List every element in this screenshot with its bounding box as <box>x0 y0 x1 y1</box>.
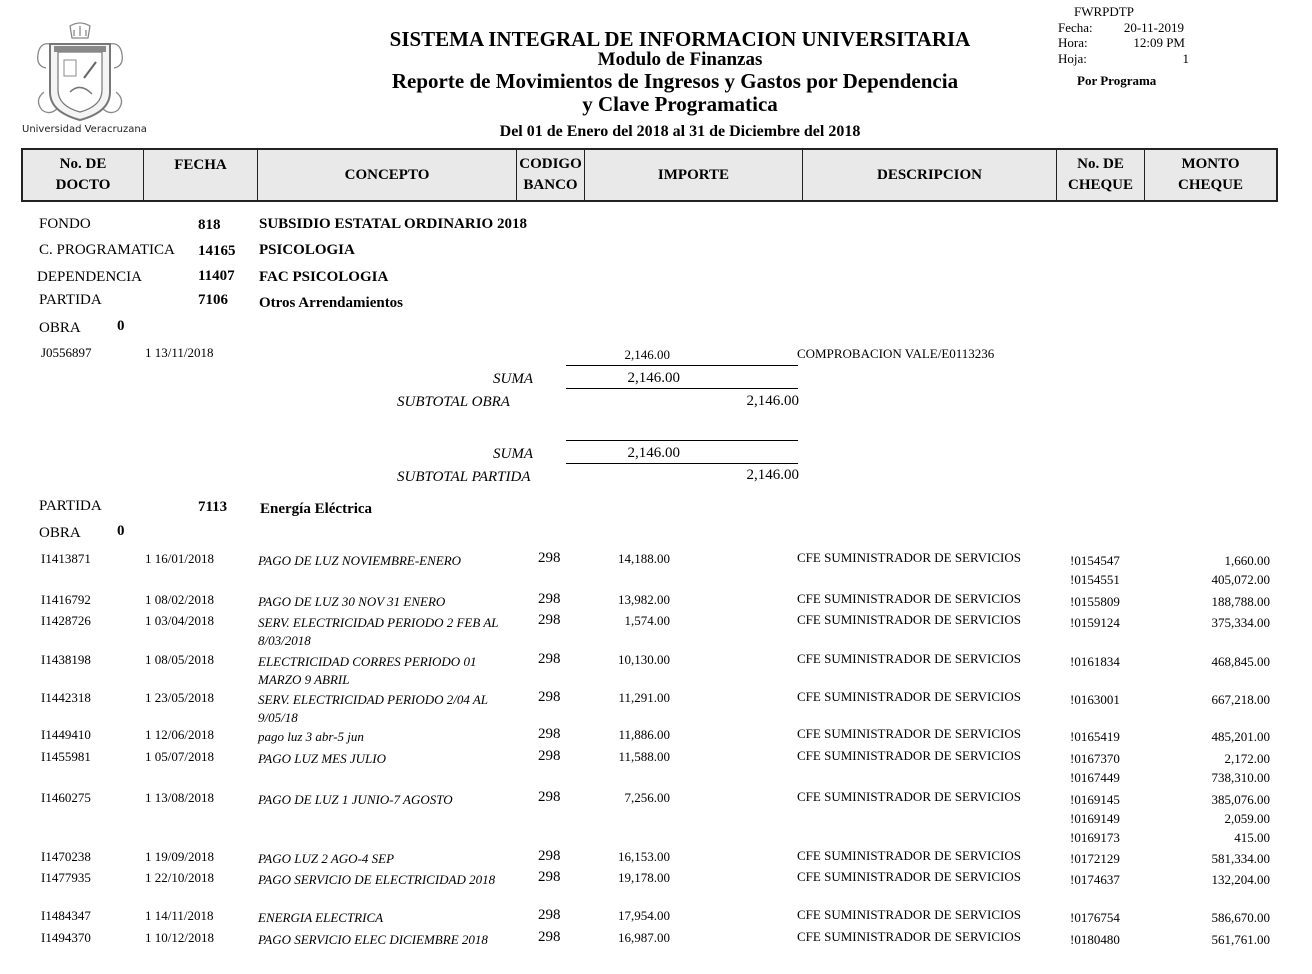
col-codigo-banco: CODIGOBANCO <box>517 150 585 200</box>
docto-number: I1413871 <box>41 551 91 567</box>
fecha-value: 1 13/08/2018 <box>145 790 214 806</box>
importe-value: 19,178.00 <box>560 870 670 886</box>
docto-number: I1494370 <box>41 930 91 946</box>
suma-obra-value: 2,146.00 <box>560 370 680 387</box>
descripcion-value: CFE SUMINISTRADOR DE SERVICIOS <box>797 651 1021 667</box>
codigo-banco-value: 298 <box>538 929 561 946</box>
obra-label: OBRA <box>39 320 81 337</box>
col-fecha: FECHA <box>144 150 258 200</box>
codigo-banco-value: 298 <box>538 591 561 608</box>
cheque-number: !0167449 <box>1070 770 1120 786</box>
monto-cheque-value: 188,788.00 <box>1160 594 1270 610</box>
programatica-code: 14165 <box>198 243 236 260</box>
concepto-value: PAGO SERVICIO ELEC DICIEMBRE 2018 <box>258 931 508 949</box>
monto-cheque-value: 405,072.00 <box>1160 572 1270 588</box>
partida-desc: Energía Eléctrica <box>260 501 372 518</box>
monto-cheque-value: 132,204.00 <box>1160 872 1270 888</box>
programatica-label: C. PROGRAMATICA <box>39 242 175 259</box>
cheque-number: !0165419 <box>1070 729 1120 745</box>
monto-cheque-value: 375,334.00 <box>1160 615 1270 631</box>
concepto-value: PAGO DE LUZ 30 NOV 31 ENERO <box>258 593 508 611</box>
divider <box>566 463 798 464</box>
codigo-banco-value: 298 <box>538 612 561 629</box>
fecha-label: Fecha: <box>1058 20 1093 36</box>
codigo-banco-value: 298 <box>538 689 561 706</box>
docto-number: I1438198 <box>41 652 91 668</box>
col-docto: No. DEDOCTO <box>23 150 144 200</box>
obra-value: 0 <box>117 318 125 335</box>
partida-desc: Otros Arrendamientos <box>259 295 403 312</box>
divider <box>566 388 798 389</box>
dependencia-desc: FAC PSICOLOGIA <box>259 269 388 286</box>
descripcion-value: CFE SUMINISTRADOR DE SERVICIOS <box>797 550 1021 566</box>
cheque-number: !0161834 <box>1070 654 1120 670</box>
codigo-banco-value: 298 <box>538 869 561 886</box>
divider <box>566 440 798 441</box>
fecha-value: 1 16/01/2018 <box>145 551 214 567</box>
monto-cheque-value: 586,670.00 <box>1160 910 1270 926</box>
subtotal-obra-label: SUBTOTAL OBRA <box>397 394 510 411</box>
concepto-value: PAGO DE LUZ NOVIEMBRE-ENERO <box>258 552 508 570</box>
col-descripcion: DESCRIPCION <box>803 150 1057 200</box>
fondo-label: FONDO <box>39 216 91 233</box>
descripcion-value: CFE SUMINISTRADOR DE SERVICIOS <box>797 848 1021 864</box>
codigo-banco-value: 298 <box>538 789 561 806</box>
obra-label: OBRA <box>39 525 81 542</box>
partida-code: 7113 <box>198 499 227 516</box>
codigo-banco-value: 298 <box>538 748 561 765</box>
descripcion-value: CFE SUMINISTRADOR DE SERVICIOS <box>797 929 1021 945</box>
monto-cheque-value: 581,334.00 <box>1160 851 1270 867</box>
docto-number: I1470238 <box>41 849 91 865</box>
suma-label: SUMA <box>493 371 533 388</box>
cheque-number: !0169149 <box>1070 811 1120 827</box>
hoja-value: 1 <box>1100 51 1189 67</box>
cheque-number: !0154547 <box>1070 553 1120 569</box>
col-concepto: CONCEPTO <box>258 150 517 200</box>
obra-value: 0 <box>117 523 125 540</box>
descripcion-value: COMPROBACION VALE/E0113236 <box>797 346 994 362</box>
importe-value: 17,954.00 <box>560 908 670 924</box>
cheque-number: !0169145 <box>1070 792 1120 808</box>
docto-number: I1442318 <box>41 690 91 706</box>
dependencia-code: 11407 <box>198 268 235 285</box>
monto-cheque-value: 2,059.00 <box>1160 811 1270 827</box>
column-header-bar: No. DEDOCTO FECHA CONCEPTO CODIGOBANCO I… <box>21 148 1278 202</box>
docto-number: J0556897 <box>41 345 92 361</box>
concepto-value: SERV. ELECTRICIDAD PERIODO 2 FEB AL 8/03… <box>258 614 508 650</box>
concepto-value: SERV. ELECTRICIDAD PERIODO 2/04 AL 9/05/… <box>258 691 508 727</box>
subtotal-partida-value: 2,146.00 <box>690 467 799 484</box>
importe-value: 16,153.00 <box>560 849 670 865</box>
cheque-number: !0176754 <box>1070 910 1120 926</box>
concepto-value: PAGO LUZ MES JULIO <box>258 750 508 768</box>
suma-partida-value: 2,146.00 <box>560 445 680 462</box>
partida-label: PARTIDA <box>39 292 102 309</box>
partida-code: 7106 <box>198 292 228 309</box>
importe-value: 13,982.00 <box>560 592 670 608</box>
docto-number: I1477935 <box>41 870 91 886</box>
fecha-value: 1 12/06/2018 <box>145 727 214 743</box>
cheque-number: !0159124 <box>1070 615 1120 631</box>
monto-cheque-value: 561,761.00 <box>1160 932 1270 948</box>
descripcion-value: CFE SUMINISTRADOR DE SERVICIOS <box>797 591 1021 607</box>
docto-number: I1460275 <box>41 790 91 806</box>
cheque-number: !0163001 <box>1070 692 1120 708</box>
fecha-value: 1 13/11/2018 <box>145 345 214 361</box>
descripcion-value: CFE SUMINISTRADOR DE SERVICIOS <box>797 907 1021 923</box>
fecha-value: 1 10/12/2018 <box>145 930 214 946</box>
hora-value: 12:09 PM <box>1100 35 1185 51</box>
report-code: FWRPDTP <box>1074 4 1134 20</box>
fondo-code: 818 <box>198 217 221 234</box>
descripcion-value: CFE SUMINISTRADOR DE SERVICIOS <box>797 748 1021 764</box>
concepto-value: pago luz 3 abr-5 jun <box>258 728 508 746</box>
codigo-banco-value: 298 <box>538 651 561 668</box>
monto-cheque-value: 2,172.00 <box>1160 751 1270 767</box>
subtotal-obra-value: 2,146.00 <box>690 393 799 410</box>
docto-number: I1484347 <box>41 908 91 924</box>
monto-cheque-value: 415.00 <box>1160 830 1270 846</box>
fecha-value: 1 05/07/2018 <box>145 749 214 765</box>
partida-label: PARTIDA <box>39 498 102 515</box>
codigo-banco-value: 298 <box>538 550 561 567</box>
cheque-number: !0169173 <box>1070 830 1120 846</box>
fecha-value: 1 19/09/2018 <box>145 849 214 865</box>
descripcion-value: CFE SUMINISTRADOR DE SERVICIOS <box>797 612 1021 628</box>
divider <box>566 365 798 366</box>
importe-value: 16,987.00 <box>560 930 670 946</box>
monto-cheque-value: 485,201.00 <box>1160 729 1270 745</box>
hoja-label: Hoja: <box>1058 51 1087 67</box>
descripcion-value: CFE SUMINISTRADOR DE SERVICIOS <box>797 869 1021 885</box>
dependencia-label: DEPENDENCIA <box>37 269 142 286</box>
descripcion-value: CFE SUMINISTRADOR DE SERVICIOS <box>797 789 1021 805</box>
subtotal-partida-label: SUBTOTAL PARTIDA <box>397 469 531 486</box>
importe-value: 11,291.00 <box>560 690 670 706</box>
report-title-line1: Reporte de Movimientos de Ingresos y Gas… <box>345 69 1005 94</box>
module-title: Modulo de Finanzas <box>350 49 1010 71</box>
importe-value: 2,146.00 <box>560 347 670 363</box>
hora-label: Hora: <box>1058 35 1088 51</box>
fecha-value: 1 03/04/2018 <box>145 613 214 629</box>
codigo-banco-value: 298 <box>538 907 561 924</box>
fecha-value: 1 22/10/2018 <box>145 870 214 886</box>
codigo-banco-value: 298 <box>538 726 561 743</box>
cheque-number: !0155809 <box>1070 594 1120 610</box>
concepto-value: ELECTRICIDAD CORRES PERIODO 01 MARZO 9 A… <box>258 653 508 689</box>
docto-number: I1455981 <box>41 749 91 765</box>
fecha-value: 1 08/05/2018 <box>145 652 214 668</box>
cheque-number: !0167370 <box>1070 751 1120 767</box>
docto-number: I1449410 <box>41 727 91 743</box>
importe-value: 1,574.00 <box>560 613 670 629</box>
cheque-number: !0174637 <box>1070 872 1120 888</box>
fecha-value: 1 23/05/2018 <box>145 690 214 706</box>
docto-number: I1416792 <box>41 592 91 608</box>
monto-cheque-value: 738,310.00 <box>1160 770 1270 786</box>
col-monto-cheque: MONTOCHEQUE <box>1145 150 1276 200</box>
codigo-banco-value: 298 <box>538 848 561 865</box>
report-period: Del 01 de Enero del 2018 al 31 de Diciem… <box>350 123 1010 141</box>
fecha-value: 1 08/02/2018 <box>145 592 214 608</box>
monto-cheque-value: 468,845.00 <box>1160 654 1270 670</box>
cheque-number: !0180480 <box>1070 932 1120 948</box>
monto-cheque-value: 667,218.00 <box>1160 692 1270 708</box>
cheque-number: !0154551 <box>1070 572 1120 588</box>
report-title-line2: y Clave Programatica <box>350 92 1010 117</box>
importe-value: 7,256.00 <box>560 790 670 806</box>
programatica-desc: PSICOLOGIA <box>259 242 355 259</box>
university-caption: Universidad Veracruzana <box>22 124 147 135</box>
cheque-number: !0172129 <box>1070 851 1120 867</box>
descripcion-value: CFE SUMINISTRADOR DE SERVICIOS <box>797 726 1021 742</box>
grouping-label: Por Programa <box>1077 73 1156 89</box>
importe-value: 14,188.00 <box>560 551 670 567</box>
fecha-value: 1 14/11/2018 <box>145 908 214 924</box>
docto-number: I1428726 <box>41 613 91 629</box>
importe-value: 11,588.00 <box>560 749 670 765</box>
concepto-value: PAGO LUZ 2 AGO-4 SEP <box>258 850 508 868</box>
fecha-value: 20-11-2019 <box>1100 20 1184 36</box>
university-crest-logo <box>30 22 130 124</box>
descripcion-value: CFE SUMINISTRADOR DE SERVICIOS <box>797 689 1021 705</box>
col-no-cheque: No. DECHEQUE <box>1057 150 1145 200</box>
col-importe: IMPORTE <box>585 150 803 200</box>
concepto-value: PAGO SERVICIO DE ELECTRICIDAD 2018 <box>258 871 508 889</box>
monto-cheque-value: 385,076.00 <box>1160 792 1270 808</box>
concepto-value: PAGO DE LUZ 1 JUNIO-7 AGOSTO <box>258 791 508 809</box>
concepto-value: ENERGIA ELECTRICA <box>258 909 508 927</box>
importe-value: 11,886.00 <box>560 727 670 743</box>
suma-label: SUMA <box>493 446 533 463</box>
importe-value: 10,130.00 <box>560 652 670 668</box>
fondo-desc: SUBSIDIO ESTATAL ORDINARIO 2018 <box>259 216 527 233</box>
monto-cheque-value: 1,660.00 <box>1160 553 1270 569</box>
